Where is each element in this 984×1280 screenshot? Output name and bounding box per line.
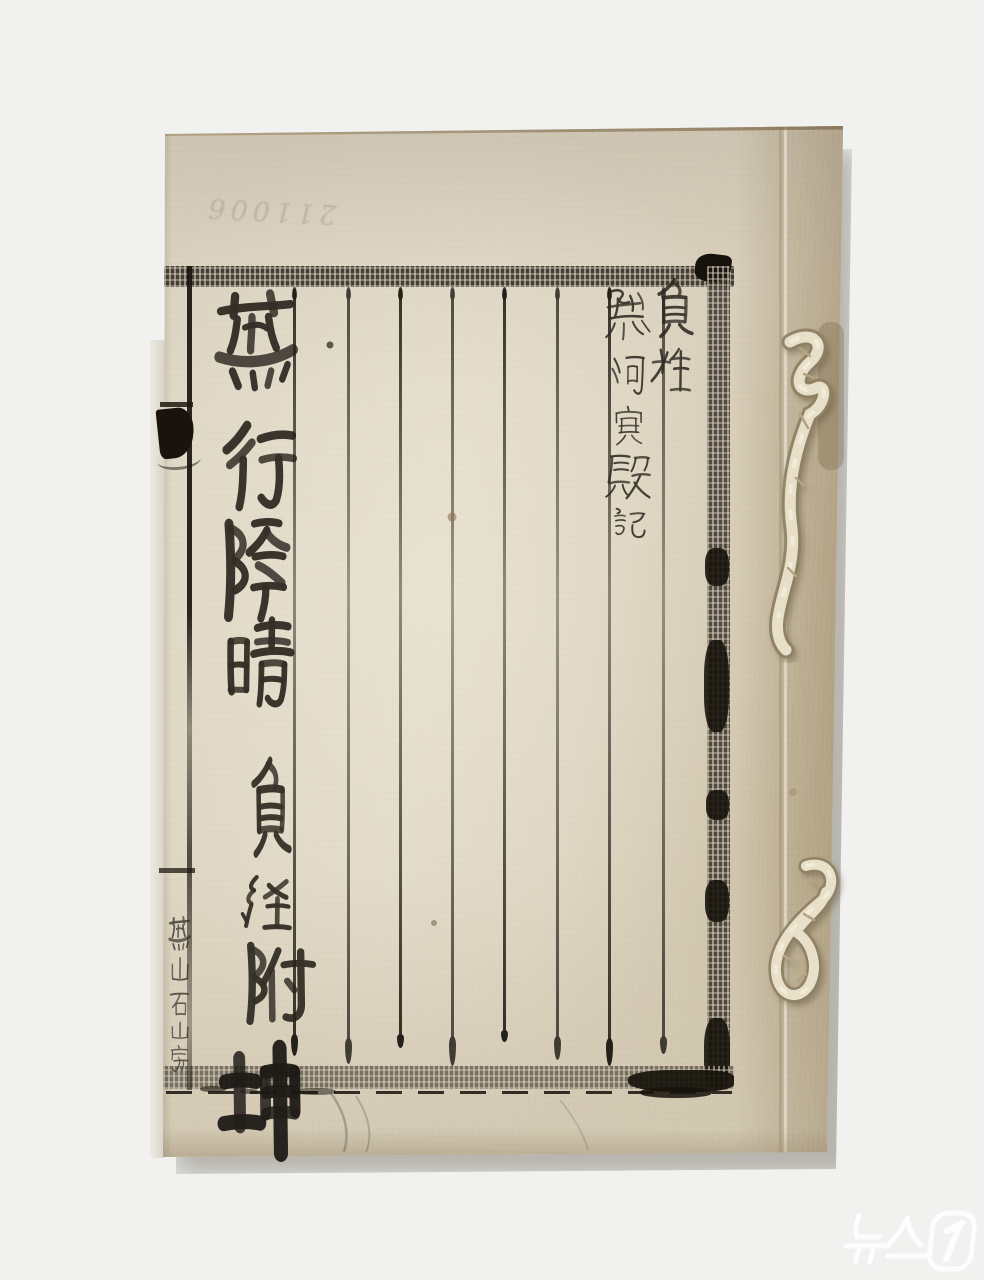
ink-drip [555, 287, 560, 300]
hangul-seu-siot [886, 1218, 923, 1246]
ink-teardrop [397, 1034, 404, 1048]
hangul-nyu-yu [845, 1246, 889, 1262]
margin-tick [159, 868, 195, 873]
ink-drip [346, 287, 351, 300]
ink-drip [607, 287, 612, 300]
frame-column-line [503, 289, 506, 1038]
hangul-nyu-nieun [855, 1216, 882, 1237]
watermark-strokes [844, 1213, 976, 1269]
frame-column-line [451, 289, 454, 1062]
pencil-inscription: 211006 [199, 182, 341, 237]
ink-teardrop [660, 1036, 667, 1054]
frame-column-line [347, 289, 350, 1060]
ink-drip [502, 287, 507, 300]
ink-teardrop [291, 1034, 298, 1056]
numeral-one [944, 1223, 962, 1259]
frame-column-lines [0, 0, 984, 1280]
frame-column-line [556, 289, 559, 1056]
frame-column-line [399, 289, 402, 1044]
photo-of-antique-book: 211006 [0, 0, 984, 1280]
ink-teardrop [501, 1030, 508, 1042]
frame-column-line [608, 289, 611, 1062]
frame-column-line [662, 289, 665, 1050]
ink-drip [450, 287, 455, 300]
frame-column-line [293, 289, 296, 1052]
ink-teardrop [345, 1038, 352, 1064]
ink-teardrop [554, 1036, 561, 1060]
ink-teardrop [449, 1036, 456, 1066]
ink-teardrop [606, 1038, 613, 1066]
news1-watermark [840, 1208, 979, 1274]
ink-drip [292, 287, 297, 300]
ink-drip [398, 287, 403, 300]
margin-tick [160, 402, 193, 407]
ink-drip [661, 287, 666, 300]
